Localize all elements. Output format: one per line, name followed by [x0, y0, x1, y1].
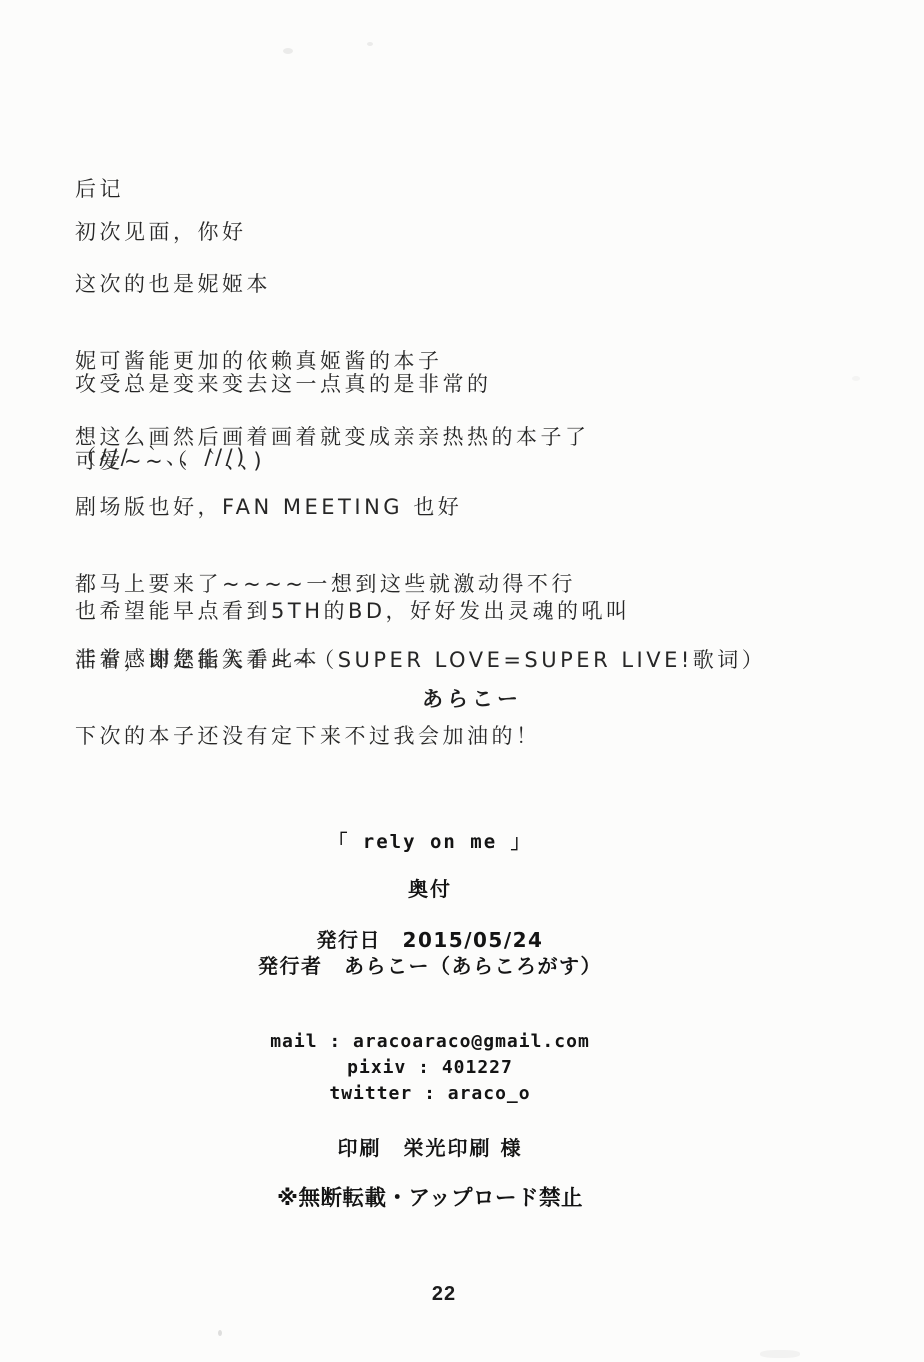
scan-speck [367, 42, 373, 46]
afterword-line: 剧场版也好，FAN MEETING 也好 [75, 495, 894, 521]
colophon-section-label: 奥付 [0, 873, 860, 902]
scan-speck [852, 376, 860, 381]
scan-speck [283, 48, 293, 54]
afterword-line: 这次的也是妮姬本 [75, 272, 894, 298]
author-signature: あらこー [0, 683, 924, 713]
scanned-afterword-page: 后记 初次见面，你好 这次的也是妮姬本 妮可酱能更加的依赖真姬酱的本子 想这么画… [0, 0, 924, 1362]
no-repost-notice: ※無断転載・アップロード禁止 [0, 1181, 860, 1212]
afterword-line: 下次的本子还没有定下来不过我会加油的！ [75, 724, 894, 750]
page-number: 22 [0, 1283, 888, 1306]
publisher: 発行者 あらこー（あらころがす） [0, 950, 860, 979]
scan-speck [218, 1330, 222, 1336]
publish-date: 発行日 2015/05/24 [0, 924, 860, 953]
book-title: 「 rely on me 」 [0, 827, 860, 854]
scan-speck [760, 1350, 800, 1358]
contact-twitter: twitter : araco_o [0, 1083, 860, 1104]
afterword-line: 非常感谢您能入手此本 [75, 647, 894, 673]
contact-pixiv: pixiv : 401227 [0, 1057, 860, 1078]
printer-credit: 印刷 栄光印刷 様 [0, 1132, 860, 1161]
contact-mail: mail : aracoaraco@gmail.com [0, 1031, 860, 1052]
